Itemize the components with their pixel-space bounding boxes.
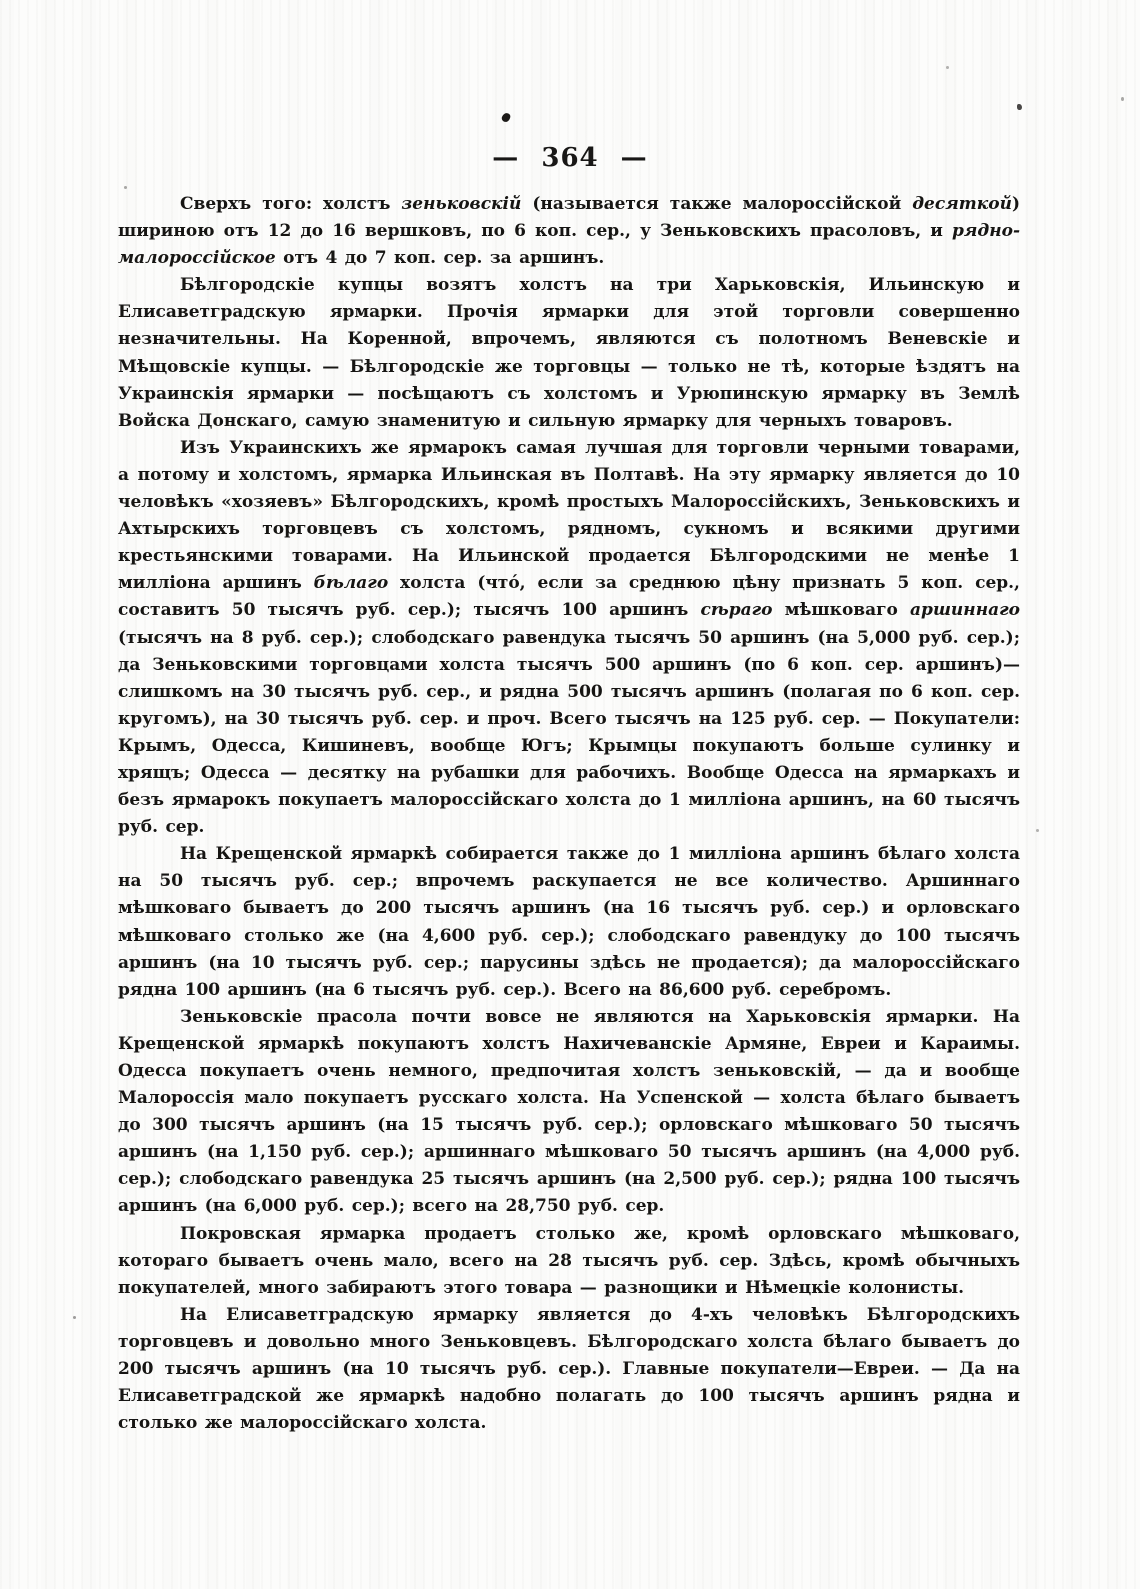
ink-speck — [1036, 829, 1039, 832]
italic-run: бѣлаго — [314, 573, 388, 593]
italic-run: аршиннаго — [910, 600, 1020, 620]
paragraph: Изъ Украинскихъ же ярмарокъ самая лучшая… — [118, 435, 1020, 841]
ink-speck — [946, 66, 949, 69]
text-run: Сверхъ того: холстъ — [180, 194, 401, 214]
text-run: отъ 4 до 7 коп. сер. за аршинъ. — [276, 248, 605, 268]
text-block: Сверхъ того: холстъ зеньковскій (называе… — [118, 191, 1020, 1437]
ink-blot — [501, 112, 511, 123]
text-run: Зеньковскіе прасола почти вовсе не являю… — [118, 1007, 1020, 1217]
text-run: На Елисаветградскую ярмарку является до … — [118, 1305, 1020, 1433]
italic-run: зеньковскій — [401, 194, 521, 214]
paragraph: Покровская ярмарка продаетъ столько же, … — [118, 1221, 1020, 1302]
paragraph: Зеньковскіе прасола почти вовсе не являю… — [118, 1004, 1020, 1221]
ink-speck — [1017, 104, 1022, 110]
scanned-page: — 364 — Сверхъ того: холстъ зеньковскій … — [0, 0, 1140, 1589]
paragraph: На Елисаветградскую ярмарку является до … — [118, 1302, 1020, 1437]
text-run: (тысячъ на 8 руб. сер.); слободскаго рав… — [118, 628, 1020, 838]
text-run: Покровская ярмарка продаетъ столько же, … — [118, 1224, 1020, 1298]
paragraph: Сверхъ того: холстъ зеньковскій (называе… — [118, 191, 1020, 272]
page-number: — 364 — — [0, 143, 1140, 173]
ink-speck — [73, 1316, 76, 1319]
text-run: мѣшковаго — [773, 600, 911, 620]
text-run: На Крещенской ярмаркѣ собирается также д… — [118, 844, 1020, 999]
paragraph: На Крещенской ярмаркѣ собирается также д… — [118, 841, 1020, 1004]
ink-speck — [124, 186, 127, 189]
text-run: Изъ Украинскихъ же ярмарокъ самая лучшая… — [118, 438, 1020, 593]
text-run: (называется также малороссійской — [521, 194, 912, 214]
paragraph: Бѣлгородскіе купцы возятъ холстъ на три … — [118, 272, 1020, 435]
italic-run: сѣраго — [701, 600, 773, 620]
ink-speck — [1121, 97, 1124, 101]
text-run: Бѣлгородскіе купцы возятъ холстъ на три … — [118, 275, 1020, 430]
italic-run: десяткой — [912, 194, 1012, 214]
